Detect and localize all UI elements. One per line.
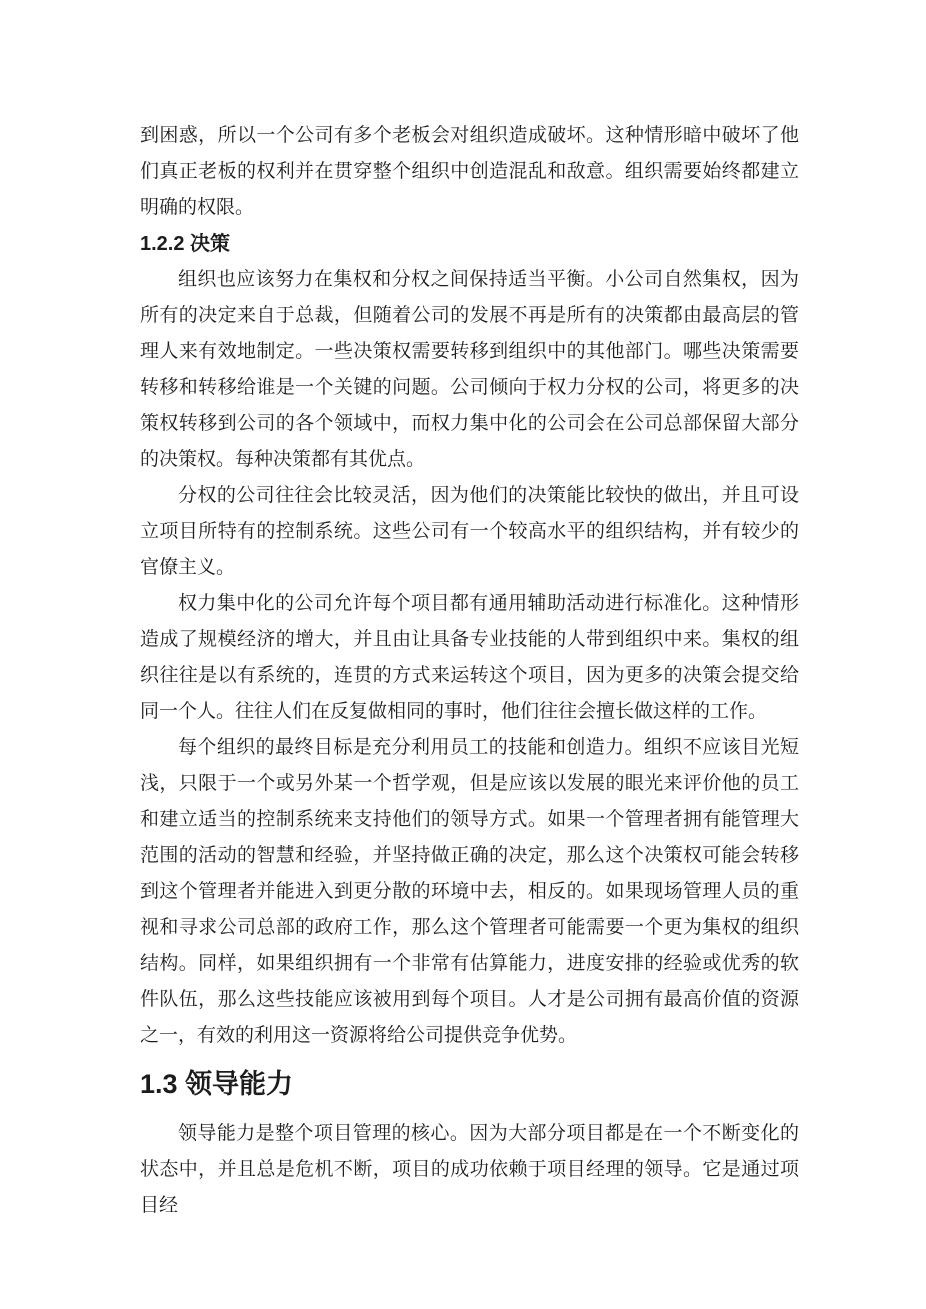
heading-leadership: 1.3 领导能力 (140, 1064, 799, 1104)
paragraph-organization-ultimate-goal: 每个组织的最终目标是充分利用员工的技能和创造力。组织不应该目光短浅，只限于一个或… (140, 730, 799, 1054)
paragraph-centralization-balance: 组织也应该努力在集权和分权之间保持适当平衡。小公司自然集权，因为所有的决定来自于… (140, 262, 799, 478)
paragraph-authority-continuation: 到困惑，所以一个公司有多个老板会对组织造成破坏。这种情形暗中破坏了他们真正老板的… (140, 118, 799, 226)
document-page: 到困惑，所以一个公司有多个老板会对组织造成破坏。这种情形暗中破坏了他们真正老板的… (0, 0, 926, 1309)
paragraph-centralized-companies: 权力集中化的公司允许每个项目都有通用辅助活动进行标准化。这种情形造成了规模经济的… (140, 586, 799, 730)
heading-decision-making: 1.2.2 决策 (140, 226, 799, 262)
paragraph-decentralized-companies: 分权的公司往往会比较灵活，因为他们的决策能比较快的做出，并且可设立项目所特有的控… (140, 478, 799, 586)
paragraph-leadership-core: 领导能力是整个项目管理的核心。因为大部分项目都是在一个不断变化的状态中，并且总是… (140, 1116, 799, 1224)
